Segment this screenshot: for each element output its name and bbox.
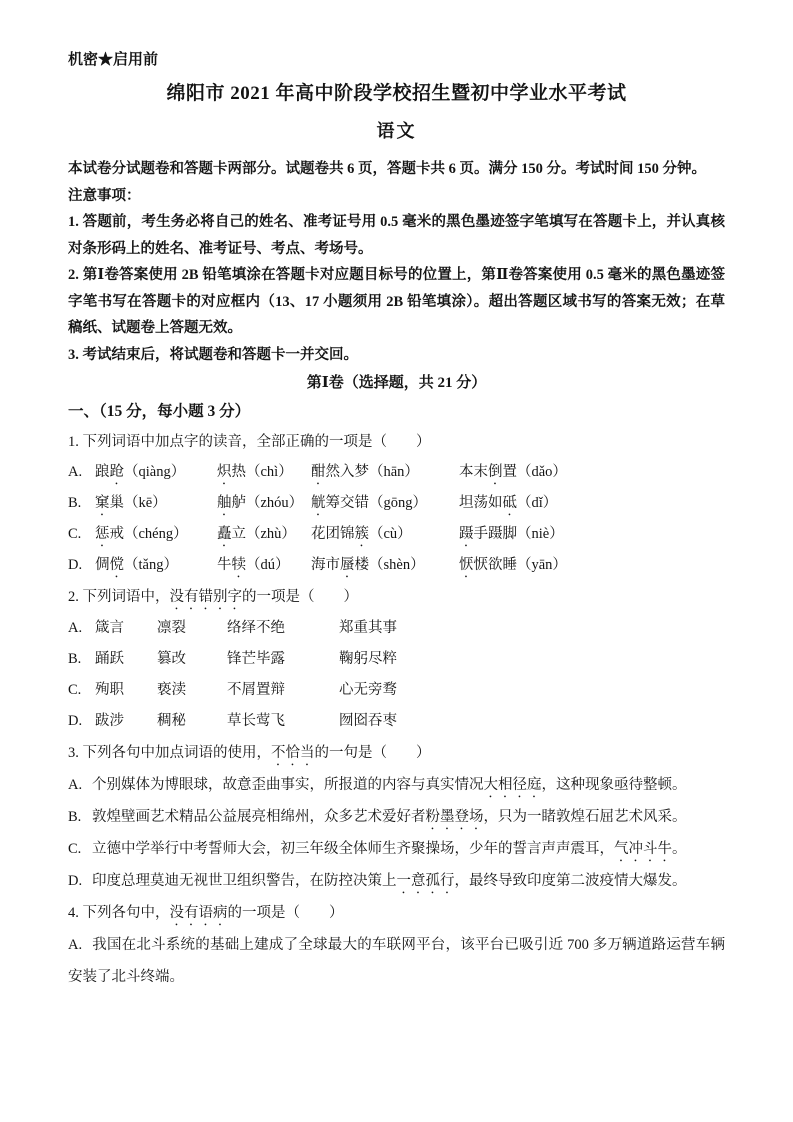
question-2-option-A: A.箴言凛裂络绎不绝郑重其事 — [68, 613, 725, 644]
classification-label: 机密★启用前 — [68, 50, 725, 70]
option-word: 本末倒置（dǎo） — [459, 457, 725, 488]
emphasized-text: 没有错别字 — [170, 589, 243, 605]
emphasized-text: 粉墨登场 — [426, 809, 484, 825]
question-2-stem: 2. 下列词语中，没有错别字的一项是（ ） — [68, 582, 725, 613]
option-word: 花团锦簇（cù） — [311, 519, 459, 550]
option-text: 个别媒体为博眼球，故意歪曲事实，所报道的内容与真实情况大相径庭，这种现象亟待整顿… — [92, 777, 687, 793]
question-3-option-D: D.印度总理莫迪无视世卫组织警告，在防控决策上一意孤行，最终导致印度第二波疫情大… — [68, 865, 725, 897]
option-text: 立德中学举行中考誓师大会，初三年级全体师生齐聚操场，少年的誓言声声震耳，气冲斗牛… — [92, 841, 687, 857]
question-1-option-D: D.倜傥（tǎng）牛犊（dú）海市蜃楼（shèn）恹恹欲睡（yān） — [68, 550, 725, 581]
question-1-option-C: C.惩戒（chéng）矗立（zhù）花团锦簇（cù）蹑手蹑脚（niè） — [68, 519, 725, 550]
option-word: 海市蜃楼（shèn） — [311, 550, 459, 581]
option-word: 矗立（zhù） — [217, 519, 311, 550]
section-title: 第Ⅰ卷（选择题，共 21 分） — [68, 369, 725, 397]
question-1-option-B: B.窠巢（kē）舳舻（zhóu）觥筹交错（gōng）坦荡如砥（dǐ） — [68, 488, 725, 519]
emphasized-text: 没有语病 — [170, 905, 228, 921]
emphasized-text: 倒 — [488, 464, 503, 480]
emphasized-text: 大相径庭 — [484, 777, 542, 793]
emphasized-text: 不恰当 — [271, 745, 315, 761]
option-word: 篡改 — [157, 644, 227, 675]
option-word: 蹑手蹑脚（niè） — [459, 519, 725, 550]
emphasized-text: 舳 — [217, 495, 232, 511]
exam-title: 绵阳市 2021 年高中阶段学校招生暨初中学业水平考试 — [68, 80, 725, 108]
option-word: 亵渎 — [157, 675, 227, 706]
option-label: C. — [68, 519, 95, 550]
notice-heading: 注意事项： — [68, 183, 725, 210]
option-word: 倜傥（tǎng） — [95, 550, 217, 581]
question-4-option-A: A.我国在北斗系统的基础上建成了全球最大的车联网平台，该平台已吸引近 700 多… — [68, 929, 725, 993]
option-word: 殉职 — [95, 675, 157, 706]
emphasized-text: 恹 — [459, 557, 474, 573]
exam-subject: 语文 — [68, 118, 725, 144]
option-word: 囫囵吞枣 — [339, 706, 725, 737]
notice-item-1: 1. 答题前，考生务必将自己的姓名、准考证号用 0.5 毫米的黑色墨迹签字笔填写… — [68, 209, 725, 262]
question-3-option-A: A.个别媒体为博眼球，故意歪曲事实，所报道的内容与真实情况大相径庭，这种现象亟待… — [68, 769, 725, 801]
emphasized-text: 矗 — [217, 526, 232, 542]
option-word: 窠巢（kē） — [95, 488, 217, 519]
emphasized-text: 一意孤行 — [397, 873, 455, 889]
option-word: 踉跄（qiàng） — [95, 457, 217, 488]
option-word: 稠秘 — [157, 706, 227, 737]
questions-container: 1. 下列词语中加点字的读音，全部正确的一项是（ ）A.踉跄（qiàng）炽热（… — [68, 427, 725, 993]
question-3-stem: 3. 下列各句中加点词语的使用，不恰当的一句是（ ） — [68, 738, 725, 769]
option-word: 鞠躬尽粹 — [339, 644, 725, 675]
part-heading: 一、（15 分，每小题 3 分） — [68, 397, 725, 426]
option-word: 炽热（chì） — [217, 457, 311, 488]
option-text: 印度总理莫迪无视世卫组织警告，在防控决策上一意孤行，最终导致印度第二波疫情大爆发… — [92, 873, 687, 889]
emphasized-text: 跄 — [110, 464, 125, 480]
option-label: D. — [68, 550, 95, 581]
question-2-option-D: D.跋涉稠秘草长莺飞囫囵吞枣 — [68, 706, 725, 737]
option-label: B. — [68, 488, 95, 519]
option-label: D. — [68, 706, 95, 737]
emphasized-text: 傥 — [110, 557, 125, 573]
option-label: A. — [68, 457, 95, 488]
emphasized-text: 炽 — [217, 464, 232, 480]
emphasized-text: 砥 — [503, 495, 518, 511]
option-word: 草长莺飞 — [227, 706, 339, 737]
notice-item-2: 2. 第Ⅰ卷答案使用 2B 铅笔填涂在答题卡对应题目标号的位置上，第Ⅱ卷答案使用… — [68, 262, 725, 342]
exam-intro: 本试卷分试题卷和答题卡两部分。试题卷共 6 页，答题卡共 6 页。满分 150 … — [68, 156, 725, 183]
option-word: 牛犊（dú） — [217, 550, 311, 581]
option-word: 锋芒毕露 — [227, 644, 339, 675]
question-4-stem: 4. 下列各句中，没有语病的一项是（ ） — [68, 898, 725, 929]
question-1-stem: 1. 下列词语中加点字的读音，全部正确的一项是（ ） — [68, 427, 725, 457]
emphasized-text: 簇 — [355, 526, 370, 542]
option-word: 觥筹交错（gōng） — [311, 488, 459, 519]
option-label: A. — [68, 929, 92, 961]
emphasized-text: 酣 — [311, 464, 326, 480]
option-word: 络绎不绝 — [227, 613, 339, 644]
option-label: D. — [68, 865, 92, 897]
option-label: B. — [68, 644, 95, 675]
question-3-option-B: B.敦煌壁画艺术精品公益展亮相绵州，众多艺术爱好者粉墨登场，只为一睹敦煌石屈艺术… — [68, 801, 725, 833]
option-word: 箴言 — [95, 613, 157, 644]
option-word: 凛裂 — [157, 613, 227, 644]
option-text: 敦煌壁画艺术精品公益展亮相绵州，众多艺术爱好者粉墨登场，只为一睹敦煌石屈艺术风采… — [92, 809, 687, 825]
emphasized-text: 气冲斗牛 — [614, 841, 672, 857]
option-label: A. — [68, 769, 92, 801]
question-1-option-A: A.踉跄（qiàng）炽热（chì）酣然入梦（hān）本末倒置（dǎo） — [68, 457, 725, 488]
option-word: 舳舻（zhóu） — [217, 488, 311, 519]
question-2-option-C: C.殉职亵渎不屑置辩心无旁骛 — [68, 675, 725, 706]
question-2-option-B: B.踊跃篡改锋芒毕露鞠躬尽粹 — [68, 644, 725, 675]
option-word: 郑重其事 — [339, 613, 725, 644]
exam-paper-page: 机密★启用前 绵阳市 2021 年高中阶段学校招生暨初中学业水平考试 语文 本试… — [0, 0, 793, 1122]
option-word: 恹恹欲睡（yān） — [459, 550, 725, 581]
option-word: 不屑置辩 — [227, 675, 339, 706]
option-label: A. — [68, 613, 95, 644]
emphasized-text: 蹑 — [459, 526, 474, 542]
emphasized-text: 窠 — [95, 495, 110, 511]
emphasized-text: 犊 — [232, 557, 247, 573]
option-word: 跋涉 — [95, 706, 157, 737]
emphasized-text: 觥 — [311, 495, 326, 511]
option-text: 我国在北斗系统的基础上建成了全球最大的车联网平台，该平台已吸引近 700 多万辆… — [68, 937, 725, 985]
option-word: 踊跃 — [95, 644, 157, 675]
option-word: 惩戒（chéng） — [95, 519, 217, 550]
notice-item-3: 3. 考试结束后，将试题卷和答题卡一并交回。 — [68, 342, 725, 369]
option-word: 坦荡如砥（dǐ） — [459, 488, 725, 519]
question-3-option-C: C.立德中学举行中考誓师大会，初三年级全体师生齐聚操场，少年的誓言声声震耳，气冲… — [68, 833, 725, 865]
option-word: 心无旁骛 — [339, 675, 725, 706]
option-word: 酣然入梦（hān） — [311, 457, 459, 488]
emphasized-text: 惩 — [95, 526, 110, 542]
emphasized-text: 蜃 — [340, 557, 355, 573]
option-label: C. — [68, 675, 95, 706]
option-label: B. — [68, 801, 92, 833]
option-label: C. — [68, 833, 92, 865]
